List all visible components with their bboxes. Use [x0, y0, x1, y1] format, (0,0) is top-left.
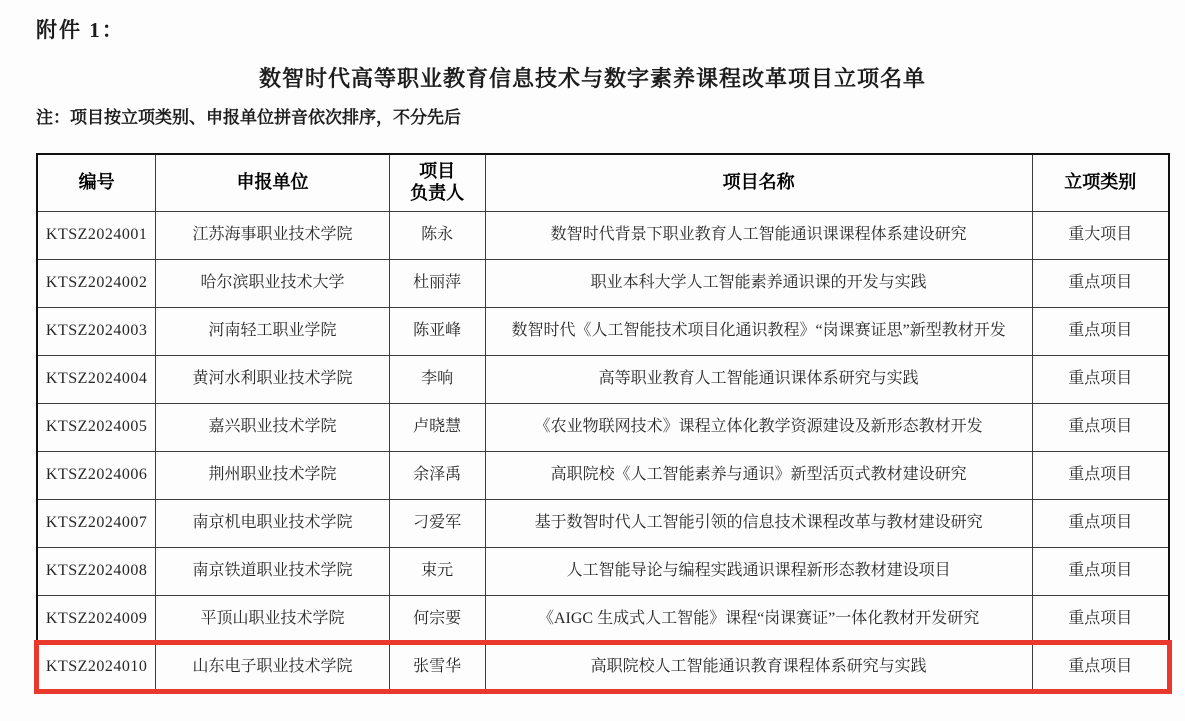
cell-category: 重点项目 — [1032, 355, 1169, 403]
cell-organization: 荆州职业技术学院 — [156, 451, 389, 499]
cell-category: 重点项目 — [1032, 307, 1169, 355]
page-title: 数智时代高等职业教育信息技术与数字素养课程改革项目立项名单 — [0, 62, 1185, 93]
cell-project-id: KTSZ2024001 — [37, 211, 156, 259]
table-row: KTSZ2024001 江苏海事职业技术学院 陈永 数智时代背景下职业教育人工智… — [37, 211, 1169, 259]
cell-project-name: 数智时代《人工智能技术项目化通识教程》“岗课赛证思”新型教材开发 — [485, 307, 1032, 355]
cell-project-leader: 李响 — [389, 355, 485, 403]
projects-table: 编号 申报单位 项目 负责人 项目名称 立项类别 KTSZ2024001 江苏海… — [36, 153, 1170, 692]
cell-project-leader: 陈亚峰 — [389, 307, 485, 355]
header-id: 编号 — [37, 154, 156, 211]
header-leader: 项目 负责人 — [389, 154, 485, 211]
cell-project-name: 数智时代背景下职业教育人工智能通识课课程体系建设研究 — [485, 211, 1032, 259]
table-row-highlighted: KTSZ2024010 山东电子职业技术学院 张雪华 高职院校人工智能通识教育课… — [37, 643, 1169, 691]
cell-project-id: KTSZ2024004 — [37, 355, 156, 403]
table-body: KTSZ2024001 江苏海事职业技术学院 陈永 数智时代背景下职业教育人工智… — [37, 211, 1169, 691]
attachment-label: 附件 1： — [36, 14, 125, 44]
table-row: KTSZ2024007 南京机电职业技术学院 刁爱军 基于数智时代人工智能引领的… — [37, 499, 1169, 547]
cell-organization: 山东电子职业技术学院 — [156, 643, 389, 691]
header-project: 项目名称 — [485, 154, 1032, 211]
cell-project-leader: 刁爱军 — [389, 499, 485, 547]
sorting-note: 注：项目按立项类别、申报单位拼音依次排序，不分先后 — [36, 103, 461, 128]
cell-project-leader: 何宗要 — [389, 595, 485, 643]
cell-category: 重点项目 — [1032, 547, 1169, 595]
cell-category: 重点项目 — [1032, 451, 1169, 499]
cell-project-name: 高等职业教育人工智能通识课体系研究与实践 — [485, 355, 1032, 403]
cell-organization: 平顶山职业技术学院 — [156, 595, 389, 643]
cell-project-name: 《农业物联网技术》课程立体化教学资源建设及新形态教材开发 — [485, 403, 1032, 451]
cell-project-id: KTSZ2024007 — [37, 499, 156, 547]
cell-project-id: KTSZ2024009 — [37, 595, 156, 643]
cell-project-id: KTSZ2024010 — [37, 643, 156, 691]
cell-project-leader: 张雪华 — [389, 643, 485, 691]
cell-organization: 嘉兴职业技术学院 — [156, 403, 389, 451]
cell-category: 重点项目 — [1032, 643, 1169, 691]
table-row: KTSZ2024003 河南轻工职业学院 陈亚峰 数智时代《人工智能技术项目化通… — [37, 307, 1169, 355]
cell-organization: 黄河水利职业技术学院 — [156, 355, 389, 403]
cell-project-id: KTSZ2024005 — [37, 403, 156, 451]
cell-organization: 南京铁道职业技术学院 — [156, 547, 389, 595]
cell-organization: 哈尔滨职业技术大学 — [156, 259, 389, 307]
cell-organization: 河南轻工职业学院 — [156, 307, 389, 355]
cell-category: 重大项目 — [1032, 211, 1169, 259]
cell-project-id: KTSZ2024006 — [37, 451, 156, 499]
cell-project-id: KTSZ2024003 — [37, 307, 156, 355]
table-row: KTSZ2024008 南京铁道职业技术学院 束元 人工智能导论与编程实践通识课… — [37, 547, 1169, 595]
cell-project-name: 职业本科大学人工智能素养通识课的开发与实践 — [485, 259, 1032, 307]
table-row: KTSZ2024002 哈尔滨职业技术大学 杜丽萍 职业本科大学人工智能素养通识… — [37, 259, 1169, 307]
table-row: KTSZ2024006 荆州职业技术学院 余泽禹 高职院校《人工智能素养与通识》… — [37, 451, 1169, 499]
header-category: 立项类别 — [1032, 154, 1169, 211]
cell-project-leader: 卢晓慧 — [389, 403, 485, 451]
table-row: KTSZ2024009 平顶山职业技术学院 何宗要 《AIGC 生成式人工智能》… — [37, 595, 1169, 643]
cell-organization: 南京机电职业技术学院 — [156, 499, 389, 547]
cell-project-name: 基于数智时代人工智能引领的信息技术课程改革与教材建设研究 — [485, 499, 1032, 547]
cell-category: 重点项目 — [1032, 259, 1169, 307]
cell-category: 重点项目 — [1032, 595, 1169, 643]
table-row: KTSZ2024004 黄河水利职业技术学院 李响 高等职业教育人工智能通识课体… — [37, 355, 1169, 403]
cell-project-leader: 杜丽萍 — [389, 259, 485, 307]
cell-project-name: 人工智能导论与编程实践通识课程新形态教材建设项目 — [485, 547, 1032, 595]
cell-project-id: KTSZ2024002 — [37, 259, 156, 307]
cell-category: 重点项目 — [1032, 403, 1169, 451]
header-org: 申报单位 — [156, 154, 389, 211]
cell-project-name: 《AIGC 生成式人工智能》课程“岗课赛证”一体化教材开发研究 — [485, 595, 1032, 643]
cell-project-name: 高职院校人工智能通识教育课程体系研究与实践 — [485, 643, 1032, 691]
cell-project-leader: 余泽禹 — [389, 451, 485, 499]
table-header-row: 编号 申报单位 项目 负责人 项目名称 立项类别 — [37, 154, 1169, 211]
cell-project-id: KTSZ2024008 — [37, 547, 156, 595]
cell-organization: 江苏海事职业技术学院 — [156, 211, 389, 259]
cell-project-leader: 束元 — [389, 547, 485, 595]
document-page: 附件 1： 数智时代高等职业教育信息技术与数字素养课程改革项目立项名单 注：项目… — [0, 0, 1185, 721]
cell-project-name: 高职院校《人工智能素养与通识》新型活页式教材建设研究 — [485, 451, 1032, 499]
cell-category: 重点项目 — [1032, 499, 1169, 547]
table-row: KTSZ2024005 嘉兴职业技术学院 卢晓慧 《农业物联网技术》课程立体化教… — [37, 403, 1169, 451]
cell-project-leader: 陈永 — [389, 211, 485, 259]
